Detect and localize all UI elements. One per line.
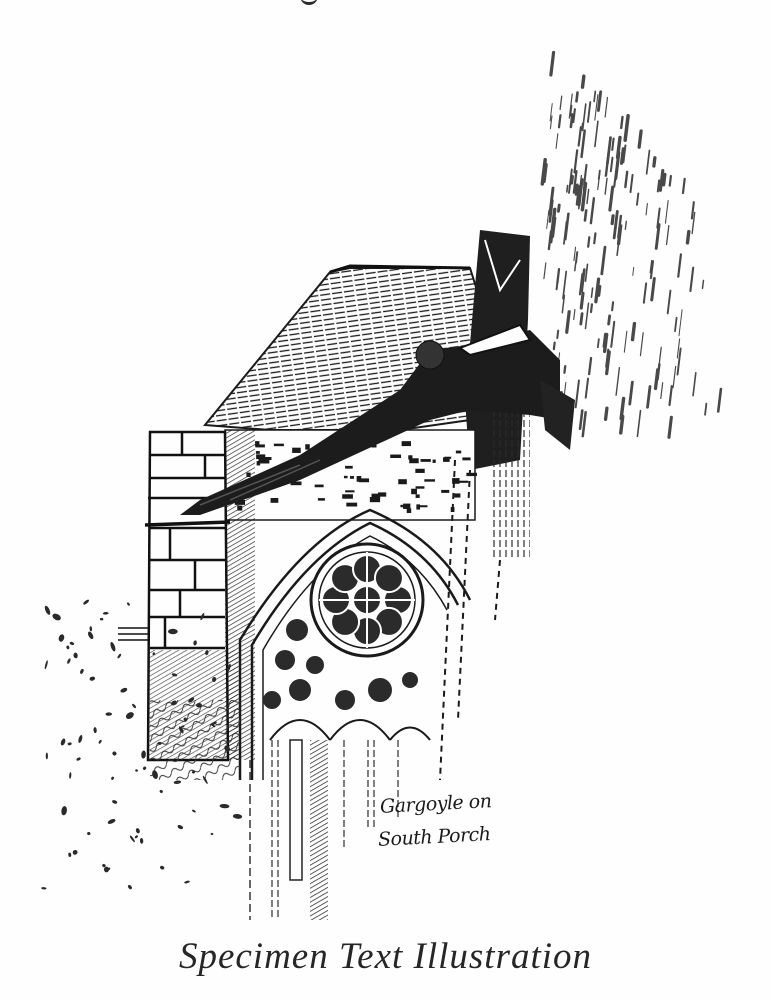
rose-window [311,544,423,656]
tower-sketch [542,52,721,437]
book-page: Gargoyle on South Porch Specimen Text Il… [0,0,771,1000]
lower-arches [270,720,430,740]
illustration-caption: Specimen Text Illustration [0,935,771,978]
gargoyle-illustration [0,0,771,930]
